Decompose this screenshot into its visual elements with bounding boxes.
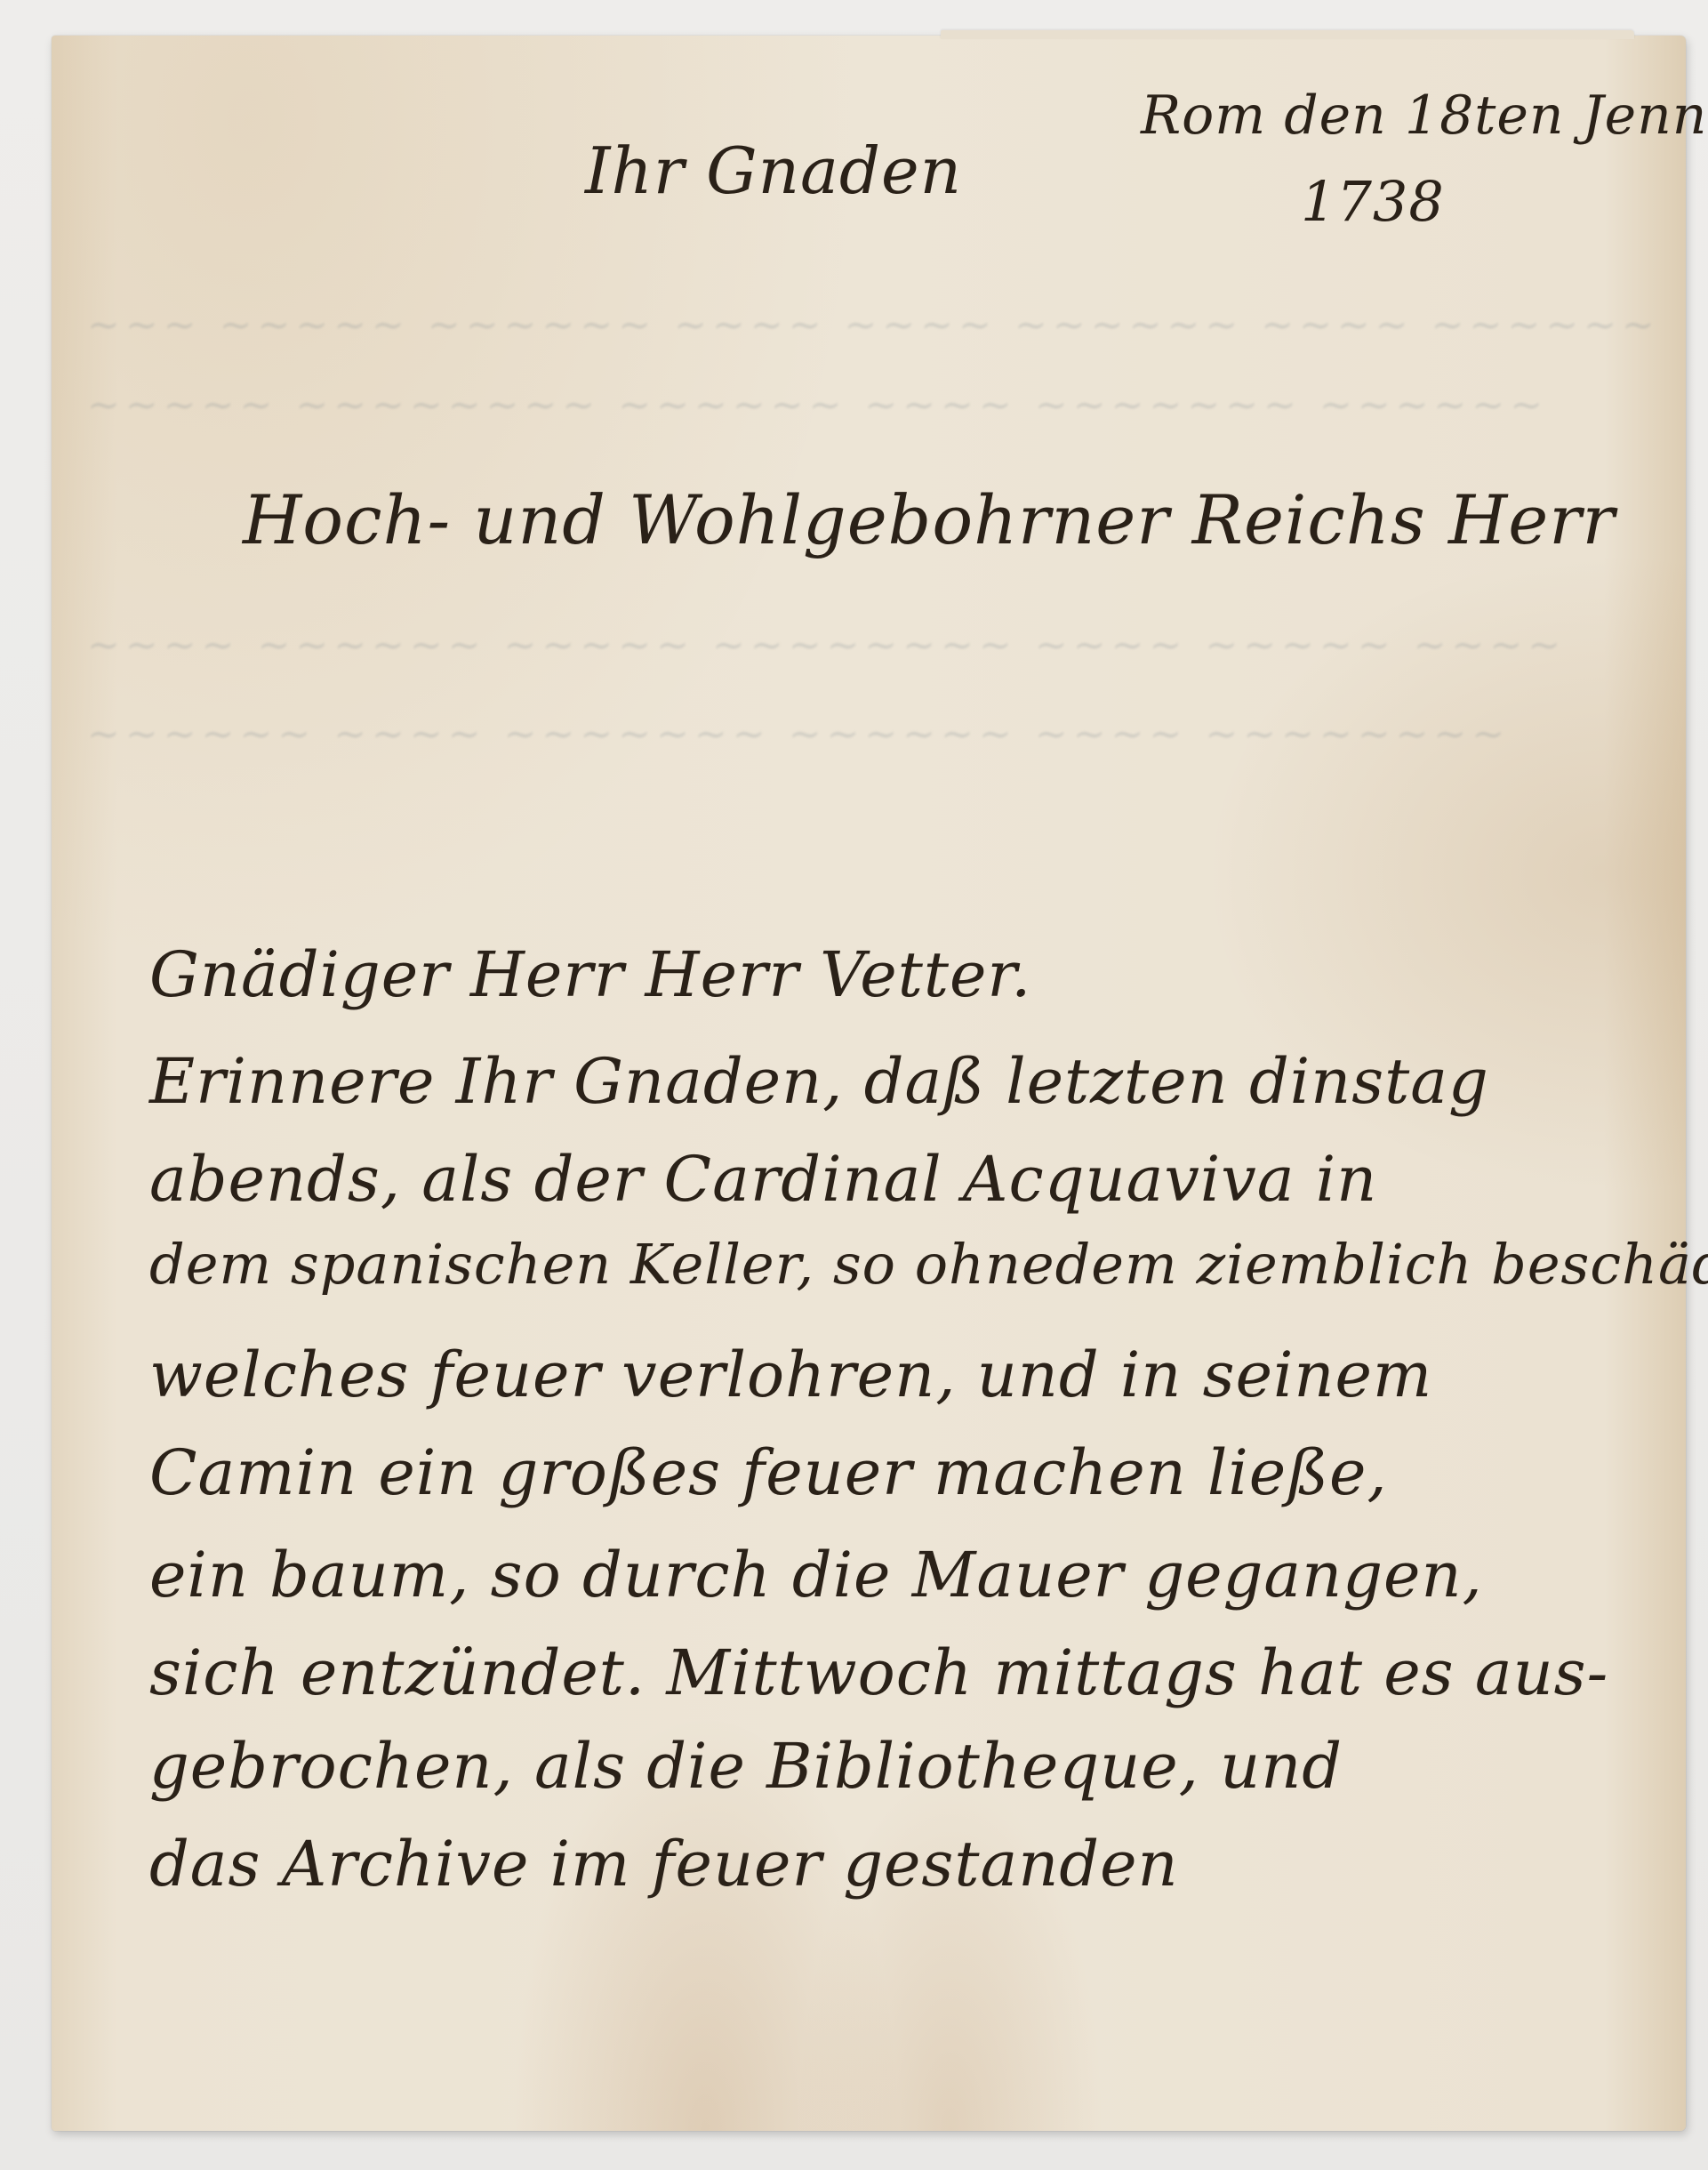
letter-body-line: dem spanischen Keller, so ohnedem ziembl… [149, 1232, 1708, 1297]
letter-body-line: abends, als der Cardinal Acquaviva in [149, 1143, 1377, 1216]
bleed-through-line: ~~~~~ ~~~~~~~~ ~~~~~~ ~~~~ ~~~~~~~ ~~~~~… [87, 382, 1650, 428]
bleed-through-line: ~~~~ ~~~~~~ ~~~~~ ~~~~~~~~ ~~~~ ~~~~~ ~~… [87, 623, 1650, 668]
letter-body-line: gebrochen, als die Bibliotheque, und [149, 1730, 1343, 1803]
sheet-fold-edge [941, 30, 1634, 39]
letter-dateline: Rom den 18ten Jenner [1141, 84, 1708, 147]
bleed-through-line: ~~~ ~~~~~ ~~~~~~ ~~~~ ~~~~ ~~~~~~ ~~~~ ~… [87, 302, 1650, 348]
letter-header-address: Ihr Gnaden [585, 133, 962, 208]
scan-background: ~~~ ~~~~~ ~~~~~~ ~~~~ ~~~~ ~~~~~~ ~~~~ ~… [0, 0, 1708, 2170]
letter-body-line: welches feuer verlohren, und in seinem [149, 1338, 1432, 1411]
letter-body-line: Erinnere Ihr Gnaden, daß letzten dinstag [149, 1045, 1489, 1118]
bleed-through-line: ~~~~~~ ~~~~ ~~~~~~~ ~~~~~~ ~~~~ ~~~~~~~~ [87, 711, 1650, 757]
letter-body-line: Gnädiger Herr Herr Vetter. [149, 938, 1031, 1011]
letter-body-line: sich entzündet. Mittwoch mittags hat es … [149, 1636, 1608, 1709]
letter-year: 1738 [1301, 169, 1445, 234]
letter-body-line: das Archive im feuer gestanden [149, 1828, 1179, 1901]
letter-sheet: ~~~ ~~~~~ ~~~~~~ ~~~~ ~~~~ ~~~~~~ ~~~~ ~… [52, 36, 1686, 2131]
letter-body-line: Camin ein großes feuer machen ließe, [149, 1436, 1388, 1509]
letter-body-line: ein baum, so durch die Mauer gegangen, [149, 1539, 1483, 1611]
letter-salutation: Hoch- und Wohlgebohrner Reichs Herr [243, 480, 1616, 559]
